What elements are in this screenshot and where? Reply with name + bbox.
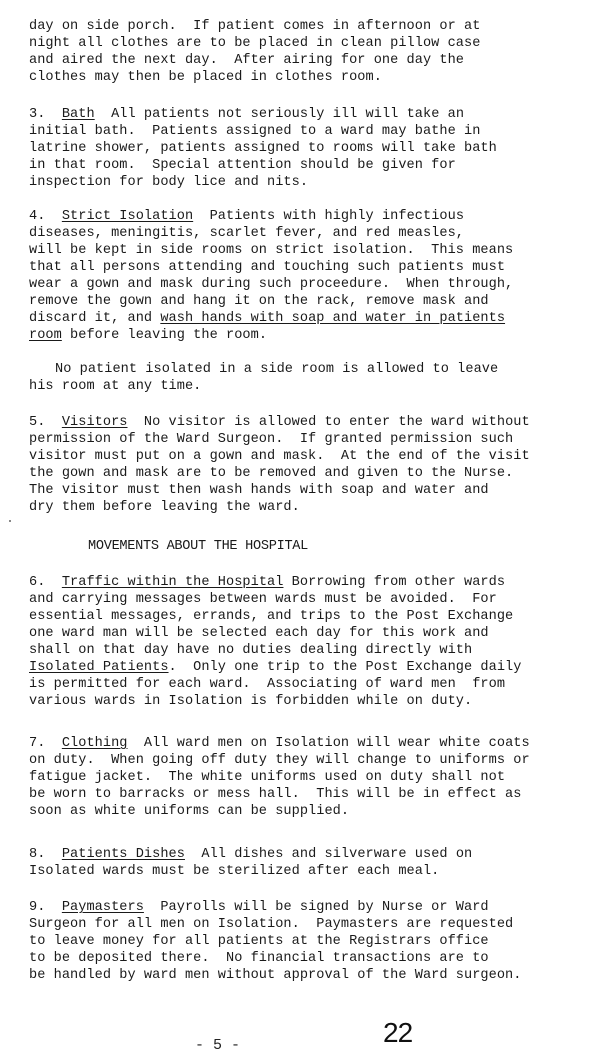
section-number: 6.: [29, 575, 45, 590]
text-line: permission of the Ward Surgeon. If grant…: [29, 431, 513, 448]
underlined-term: Isolated Patients: [29, 660, 169, 675]
text-line: discard it, and wash hands with soap and…: [29, 310, 505, 327]
section-6-first-line: 6. Traffic within the Hospital Borrowing…: [29, 574, 505, 591]
section-title-paymasters: Paymasters: [62, 900, 144, 915]
text-line: will be kept in side rooms on strict iso…: [29, 242, 513, 259]
section-7-first-line: 7. Clothing All ward men on Isolation wi…: [29, 735, 530, 752]
text-line: initial bath. Patients assigned to a war…: [29, 123, 480, 140]
text-line: various wards in Isolation is forbidden …: [29, 693, 472, 710]
underlined-instruction: wash hands with soap and water in patien…: [160, 311, 505, 326]
text-line: inspection for body lice and nits.: [29, 174, 308, 191]
section-number: 5.: [29, 415, 45, 430]
section-9-first-line: 9. Paymasters Payrolls will be signed by…: [29, 899, 489, 916]
text-line: The visitor must then wash hands with so…: [29, 482, 489, 499]
section-title-strict-isolation: Strict Isolation: [62, 209, 193, 224]
section-title-patients-dishes: Patients Dishes: [62, 847, 185, 862]
text-fragment: . Only one trip to the Post Exchange dai…: [169, 660, 522, 675]
text-line: and carrying messages between wards must…: [29, 591, 497, 608]
text-fragment: before leaving the room.: [62, 328, 267, 343]
text-line: visitor must put on a gown and mask. At …: [29, 448, 530, 465]
document-page: day on side porch. If patient comes in a…: [0, 0, 600, 1062]
text-line: to leave money for all patients at the R…: [29, 933, 489, 950]
text-line: be worn to barracks or mess hall. This w…: [29, 786, 521, 803]
text-line: be handled by ward men without approval …: [29, 967, 521, 984]
section-title-visitors: Visitors: [62, 415, 128, 430]
text-line: wear a gown and mask during such proceed…: [29, 276, 513, 293]
section-number: 4.: [29, 209, 45, 224]
section-3-first-line: 3. Bath All patients not seriously ill w…: [29, 106, 464, 123]
section-5-first-line: 5. Visitors No visitor is allowed to ent…: [29, 414, 530, 431]
text-line: one ward man will be selected each day f…: [29, 625, 489, 642]
text-line: Isolated wards must be sterilized after …: [29, 863, 439, 880]
text-line: night all clothes are to be placed in cl…: [29, 35, 480, 52]
text-fragment: Borrowing from other wards: [283, 575, 505, 590]
section-number: 9.: [29, 900, 45, 915]
text-fragment: Patients with highly infectious: [193, 209, 464, 224]
section-title-clothing: Clothing: [62, 736, 128, 751]
text-fragment: All ward men on Isolation will wear whit…: [128, 736, 530, 751]
text-line: dry them before leaving the ward.: [29, 499, 300, 516]
page-number: - 5 -: [195, 1037, 240, 1054]
section-number: 8.: [29, 847, 45, 862]
text-line: and aired the next day. After airing for…: [29, 52, 464, 69]
text-line: the gown and mask are to be removed and …: [29, 465, 513, 482]
section-8-first-line: 8. Patients Dishes All dishes and silver…: [29, 846, 472, 863]
text-fragment: All patients not seriously ill will take…: [95, 107, 464, 122]
text-line: Isolated Patients. Only one trip to the …: [29, 659, 521, 676]
text-line: room before leaving the room.: [29, 327, 267, 344]
text-line: shall on that day have no duties dealing…: [29, 642, 472, 659]
text-line: day on side porch. If patient comes in a…: [29, 18, 480, 35]
text-line: in that room. Special attention should b…: [29, 157, 456, 174]
text-line: Surgeon for all men on Isolation. Paymas…: [29, 916, 513, 933]
text-line: clothes may then be placed in clothes ro…: [29, 69, 382, 86]
text-line: diseases, meningitis, scarlet fever, and…: [29, 225, 464, 242]
section-title-traffic: Traffic within the Hospital: [62, 575, 284, 590]
text-line: soon as white uniforms can be supplied.: [29, 803, 349, 820]
section-title-bath: Bath: [62, 107, 95, 122]
text-fragment: Payrolls will be signed by Nurse or Ward: [144, 900, 489, 915]
text-line: to be deposited there. No financial tran…: [29, 950, 489, 967]
section-number: 7.: [29, 736, 45, 751]
section-4-first-line: 4. Strict Isolation Patients with highly…: [29, 208, 464, 225]
handwritten-page-number: 22: [383, 1017, 412, 1049]
text-fragment: discard it, and: [29, 311, 160, 326]
text-fragment: No visitor is allowed to enter the ward …: [128, 415, 530, 430]
text-line: essential messages, errands, and trips t…: [29, 608, 513, 625]
text-line: on duty. When going off duty they will c…: [29, 752, 530, 769]
text-line: remove the gown and hang it on the rack,…: [29, 293, 489, 310]
scan-speck: [9, 520, 11, 522]
text-fragment: All dishes and silverware used on: [185, 847, 472, 862]
text-line: his room at any time.: [29, 378, 201, 395]
section-number: 3.: [29, 107, 45, 122]
section-heading: MOVEMENTS ABOUT THE HOSPITAL: [88, 538, 308, 555]
text-line: latrine shower, patients assigned to roo…: [29, 140, 497, 157]
text-line: No patient isolated in a side room is al…: [55, 361, 498, 378]
text-line: that all persons attending and touching …: [29, 259, 505, 276]
text-line: is permitted for each ward. Associating …: [29, 676, 505, 693]
text-line: fatigue jacket. The white uniforms used …: [29, 769, 505, 786]
underlined-instruction: room: [29, 328, 62, 343]
